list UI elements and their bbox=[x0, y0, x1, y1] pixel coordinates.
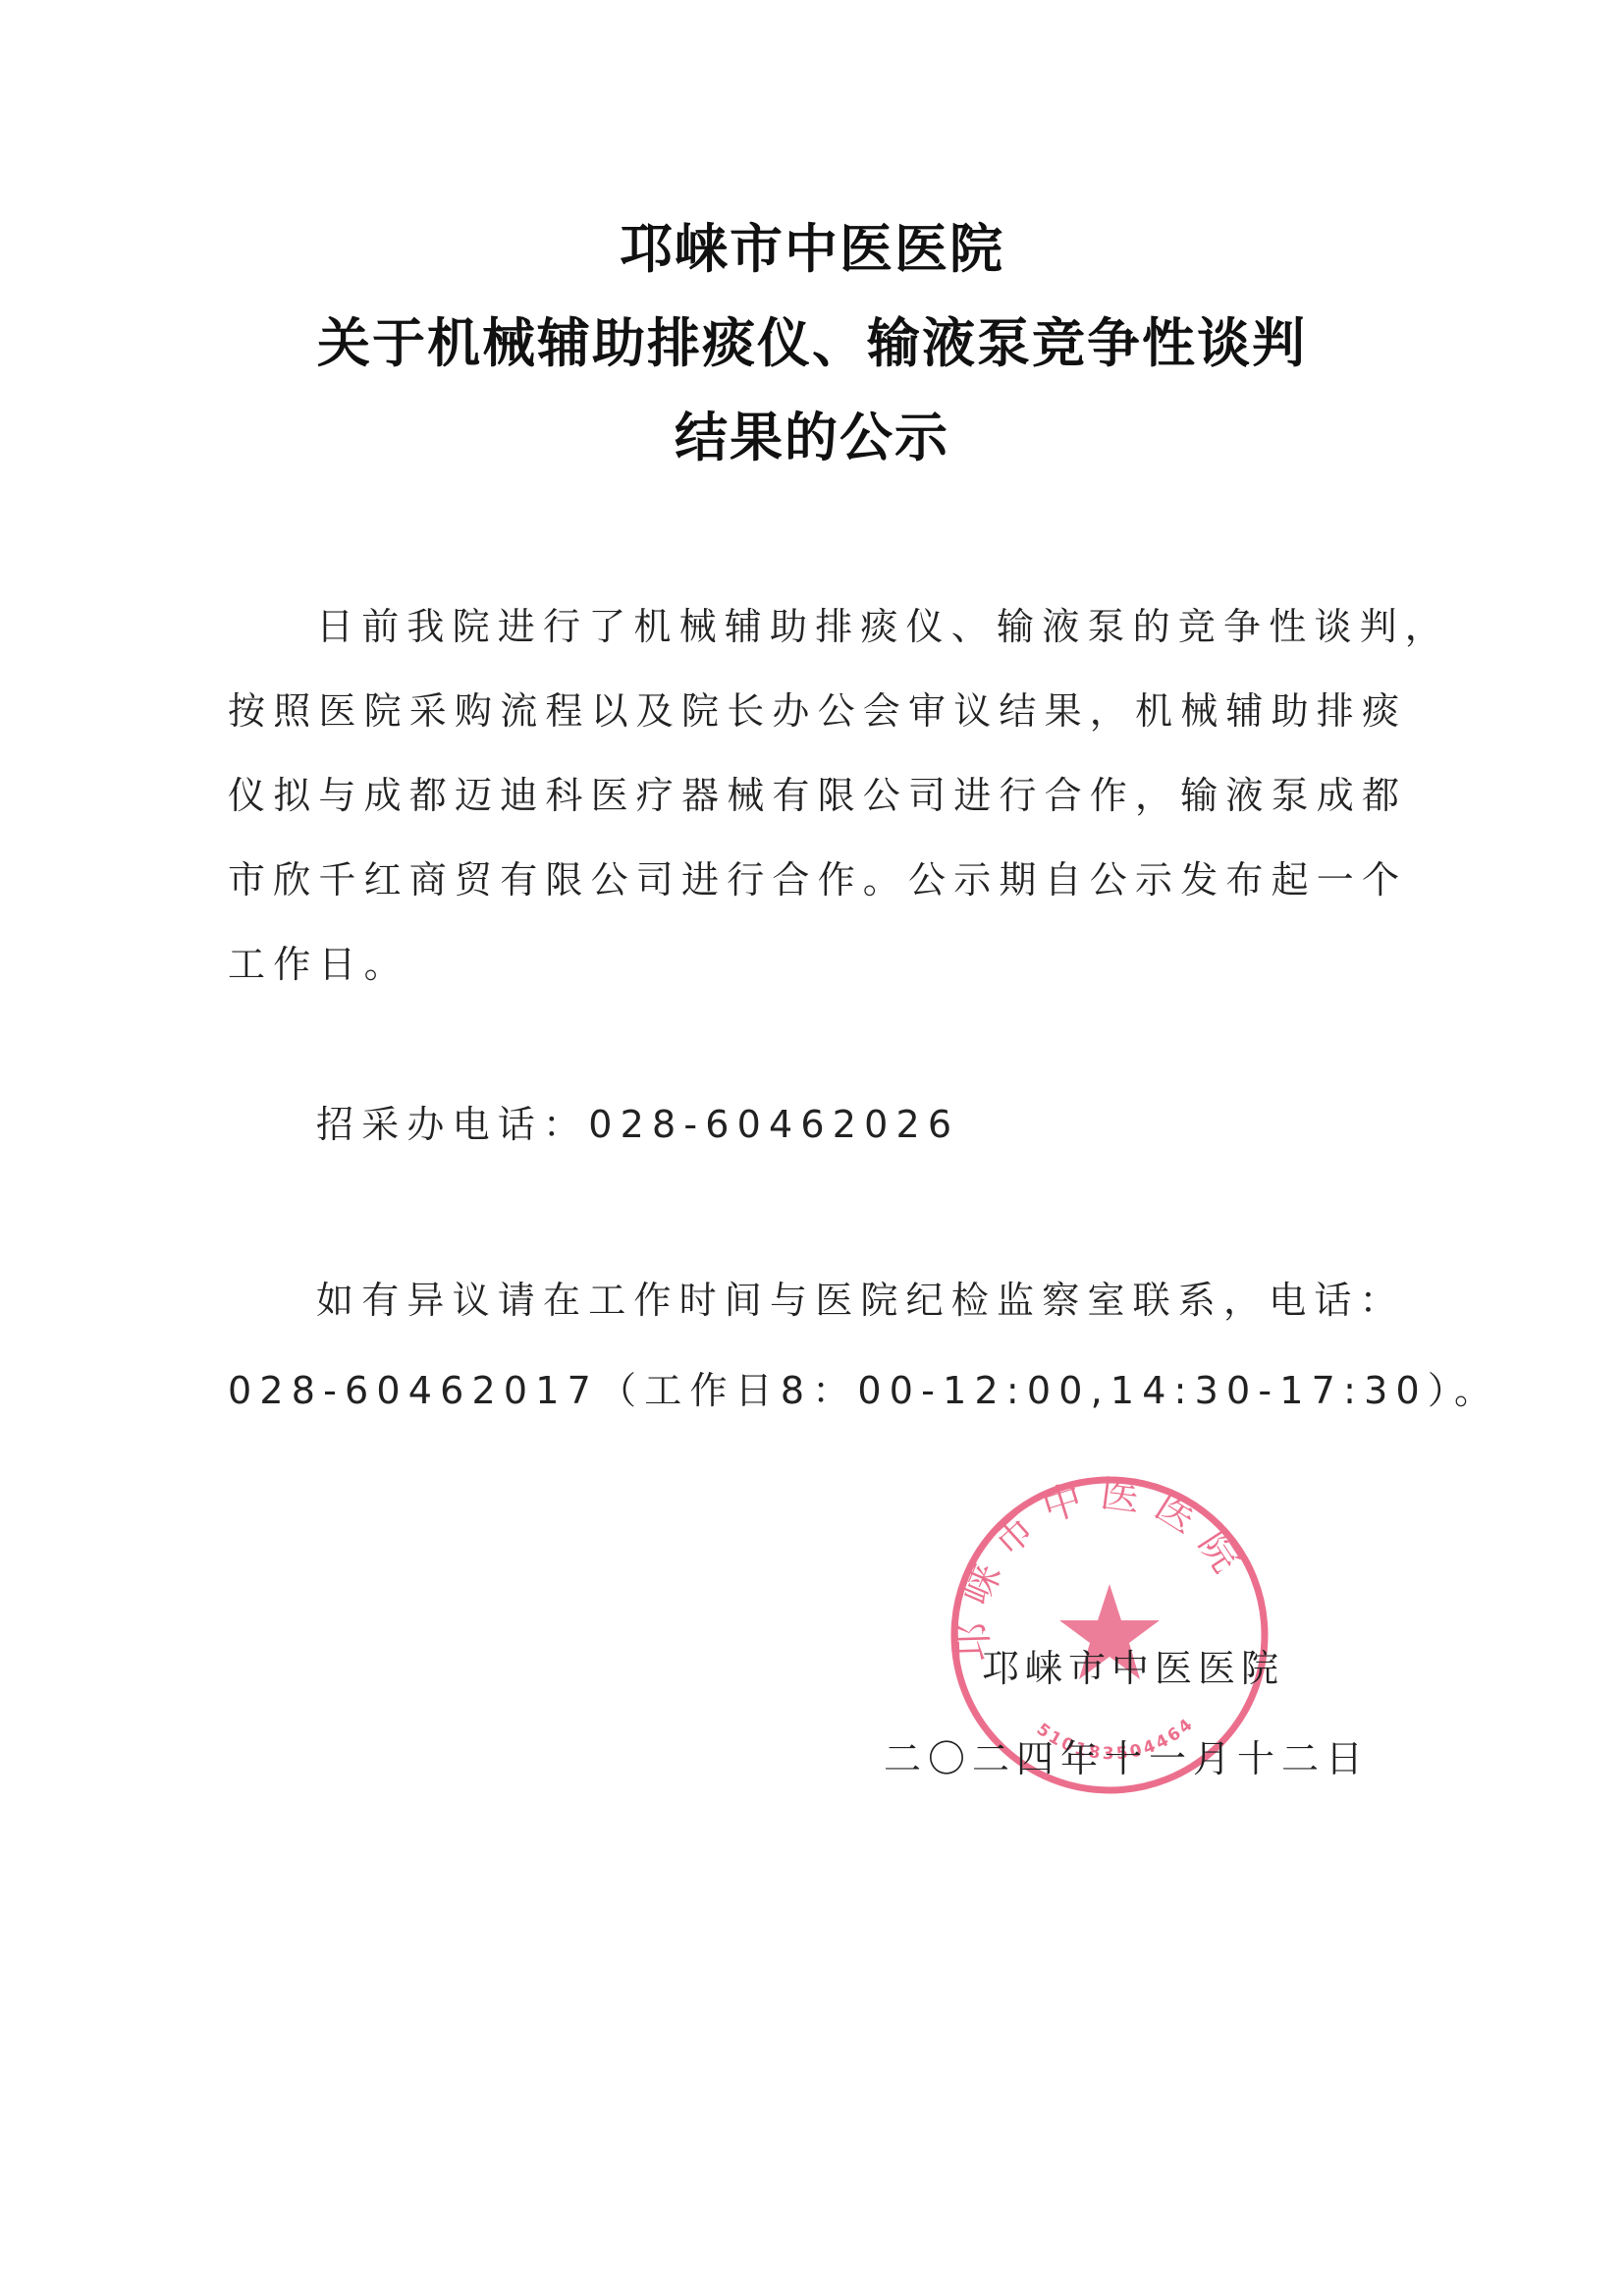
title-line-organization: 邛崃市中医医院 bbox=[0, 201, 1624, 296]
announcement-paragraph: 日前我院进行了机械辅助排痰仪、输液泵的竞争性谈判， 按照医院采购流程以及院长办公… bbox=[228, 584, 1406, 1007]
signature-date: 二〇二四年十一月十二日 bbox=[884, 1728, 1370, 1782]
paragraph-line: 日前我院进行了机械辅助排痰仪、输液泵的竞争性谈判， bbox=[228, 584, 1406, 669]
paragraph-line: 按照医院采购流程以及院长办公会审议结果，机械辅助排痰 bbox=[228, 669, 1406, 753]
signature-organization: 邛崃市中医医院 bbox=[982, 1638, 1284, 1692]
paragraph-line: 市欣千红商贸有限公司进行合作。公示期自公示发布起一个 bbox=[228, 838, 1406, 922]
document-title: 邛崃市中医医院 关于机械辅助排痰仪、输液泵竞争性谈判 结果的公示 bbox=[0, 201, 1624, 484]
procurement-office-phone: 招采办电话：028-60462026 bbox=[228, 1095, 1494, 1154]
objection-contact-paragraph: 如有异议请在工作时间与医院纪检监察室联系，电话： 028-60462017（工作… bbox=[228, 1255, 1406, 1436]
objection-line: 如有异议请在工作时间与医院纪检监察室联系，电话： bbox=[228, 1255, 1406, 1345]
paragraph-line: 仪拟与成都迈迪科医疗器械有限公司进行合作，输液泵成都 bbox=[228, 753, 1406, 838]
title-line-result: 结果的公示 bbox=[0, 390, 1624, 484]
document-page: 邛崃市中医医院 关于机械辅助排痰仪、输液泵竞争性谈判 结果的公示 日前我院进行了… bbox=[0, 0, 1624, 2296]
objection-line: 028-60462017（工作日8：00-12:00,14:30-17:30）。 bbox=[228, 1345, 1406, 1436]
title-line-subject: 关于机械辅助排痰仪、输液泵竞争性谈判 bbox=[0, 296, 1624, 390]
paragraph-line: 工作日。 bbox=[228, 922, 1406, 1007]
